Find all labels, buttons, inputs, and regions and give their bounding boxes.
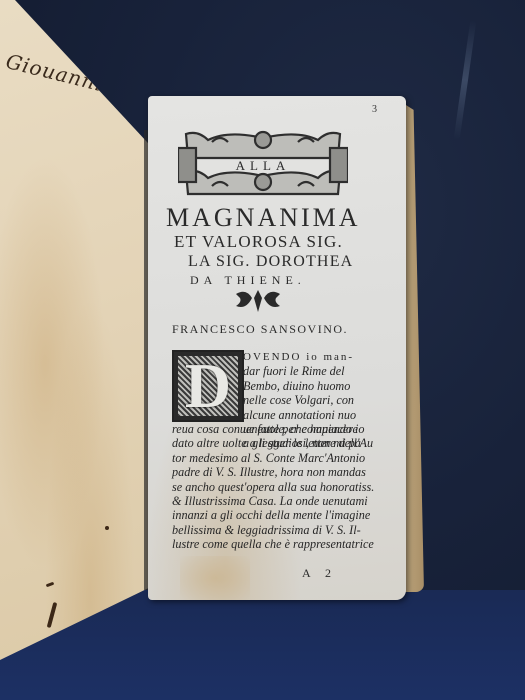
body-line: alcune annotationi nuo [243,408,393,422]
title-line-1: MAGNANIMA [166,204,400,232]
body-line: Bembo, diuino huomo [243,379,393,393]
cartouche-label: ALLA [178,158,348,174]
body-line: bellissima & leggiadrissima di V. S. Il- [172,523,394,537]
title-line-4: DA THIENE. [190,272,400,288]
body-line: dar fuori le Rime del [243,364,393,378]
body-line: padre di V. S. Illustre, hora non mandas [172,465,394,479]
ink-spot [105,526,109,530]
signature-mark: A 2 [302,566,337,581]
body-line: & Illustrissima Casa. La onde uenutami [172,494,394,508]
initial-letter: D [174,352,242,420]
body-line: innanzi a gli occhi della mente l'imagin… [172,508,394,522]
author-line: FRANCESCO SANSOVINO. [172,322,348,337]
decorated-initial: D [172,350,244,422]
ink-spot [46,582,55,588]
body-line: dato altre uolte a legger le lettere del… [172,436,394,450]
fleuron-ornament-icon [232,288,284,314]
ink-stroke [47,602,58,628]
photo-scene: Giouanni Corn 3 ALLA MAGNANIMA ET VALORO… [0,0,525,700]
title-line-3: LA SIG. DOROTHEA [188,252,400,272]
body-line: OVENDO io man- [243,350,393,364]
title-line-2: ET VALOROSA SIG. [174,232,400,252]
ornamental-cartouche: ALLA [178,128,348,200]
body-line: nelle cose Volgari, con [243,393,393,407]
body-text-full-width: reua cosa conueneuole, che hauendo io da… [172,422,394,552]
vellum-flyleaf: Giouanni Corn [0,0,150,660]
page-stain [180,556,250,600]
dedication-title: MAGNANIMA ET VALOROSA SIG. LA SIG. DOROT… [160,204,400,288]
body-line: reua cosa conueneuole, che hauendo io [172,422,394,436]
body-line: se ancho quest'opera alla sua honoratiss… [172,480,394,494]
body-line: tor medesimo al S. Conte Marc'Antonio [172,451,394,465]
handwritten-inscription: Giouanni Corn [3,49,165,111]
background-streak [454,20,477,140]
body-line: lustre come quella che è rappresentatric… [172,537,394,551]
corner-mark: 3 [372,104,377,115]
